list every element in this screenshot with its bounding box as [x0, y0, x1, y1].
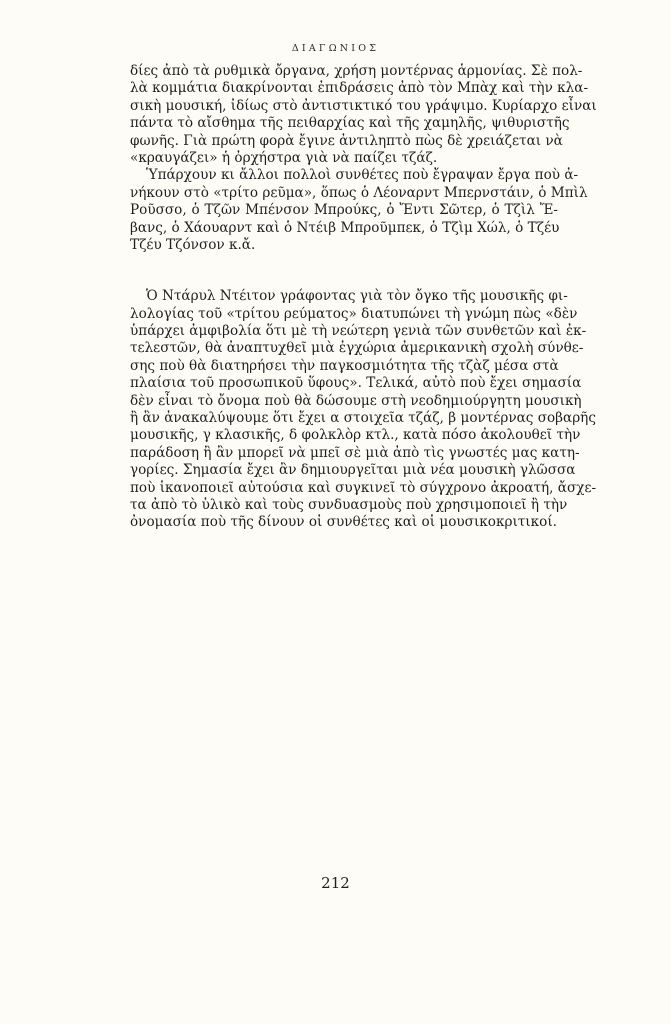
text-line: μουσικῆς, γ κλασικῆς, δ φολκλὸρ κτλ., κα… [130, 427, 558, 444]
text-line: τελεστῶν, θὰ ἀναπτυχθεῖ μιὰ ἐγχώρια ἀμερ… [130, 340, 558, 357]
text-line: πλαίσια τοῦ προσωπικοῦ ὕφους». Τελικά, α… [130, 375, 558, 392]
text-line: ποὺ ἱκανοποιεῖ αὐτούσια καὶ συγκινεῖ τὸ … [130, 480, 558, 497]
paragraph-spacer [130, 254, 558, 288]
text-line: τα ἀπὸ τὸ ὑλικὸ καὶ τοὺς συνδυασμοὺς ποὺ… [130, 497, 558, 514]
page-number: 212 [0, 874, 671, 892]
text-line: δίες ἀπὸ τὰ ρυθμικὰ ὄργανα, χρήση μοντέρ… [130, 63, 558, 80]
text-line: Ὑπάρχουν κι ἄλλοι πολλοὶ συνθέτες ποὺ ἔγ… [130, 167, 558, 184]
text-line: φωνῆς. Γιὰ πρώτη φορὰ ἔγινε ἀντιληπτὸ πὼ… [130, 133, 558, 150]
running-head: ΔΙΑΓΩΝΙΟΣ [0, 43, 671, 54]
text-line: σης ποὺ θὰ διατηρήσει τὴν παγκοσμιότητα … [130, 358, 558, 375]
text-line: λολογίας τοῦ «τρίτου ρεύματος» διατυπώνε… [130, 306, 558, 323]
paragraph: Ὑπάρχουν κι ἄλλοι πολλοὶ συνθέτες ποὺ ἔγ… [130, 167, 558, 254]
body-text: δίες ἀπὸ τὰ ρυθμικὰ ὄργανα, χρήση μοντέρ… [130, 63, 558, 532]
text-line: ὀνομασία ποὺ τῆς δίνουν οἱ συνθέτες καὶ … [130, 514, 558, 531]
text-line: ὑπάρχει ἀμφιβολία ὅτι μὲ τὴ νεώτερη γενι… [130, 323, 558, 340]
text-line: βανς, ὁ Χάουαρντ καὶ ὁ Ντέιβ Μπροῦμπεκ, … [130, 220, 558, 237]
text-line: Ροῦσσο, ὁ Τζῶν Μπένσον Μπρούκς, ὁ Ἔντι Σ… [130, 202, 558, 219]
paragraph: δίες ἀπὸ τὰ ρυθμικὰ ὄργανα, χρήση μοντέρ… [130, 63, 558, 167]
text-line: σικὴ μουσική, ἰδίως στὸ ἀντιστικτικό του… [130, 98, 558, 115]
text-line: δὲν εἶναι τὸ ὄνομα ποὺ θὰ δώσουμε στὴ νε… [130, 393, 558, 410]
text-line: νήκουν στὸ «τρίτο ρεῦμα», ὅπως ὁ Λέοναρν… [130, 185, 558, 202]
text-line: «κραυγάζει» ἡ ὀρχήστρα γιὰ νὰ παίζει τζά… [130, 150, 558, 167]
text-line: παράδοση ἢ ἂν μπορεῖ νὰ μπεῖ σὲ μιὰ ἀπὸ … [130, 445, 558, 462]
book-page: ΔΙΑΓΩΝΙΟΣ δίες ἀπὸ τὰ ρυθμικὰ ὄργανα, χρ… [0, 0, 671, 1024]
text-line: ἢ ἂν ἀνακαλύψουμε ὅτι ἔχει α στοιχεῖα τζ… [130, 410, 558, 427]
text-line: πάντα τὸ αἴσθημα τῆς πειθαρχίας καὶ τῆς … [130, 115, 558, 132]
text-line: λὰ κομμάτια διακρίνονται ἐπιδράσεις ἀπὸ … [130, 80, 558, 97]
text-line: Ὁ Ντάρυλ Ντέιτον γράφοντας γιὰ τὸν ὄγκο … [130, 288, 558, 305]
text-line: Τζέυ Τζόνσον κ.ἄ. [130, 237, 558, 254]
paragraph: Ὁ Ντάρυλ Ντέιτον γράφοντας γιὰ τὸν ὄγκο … [130, 288, 558, 531]
text-line: γορίες. Σημασία ἔχει ἂν δημιουργεῖται μι… [130, 462, 558, 479]
